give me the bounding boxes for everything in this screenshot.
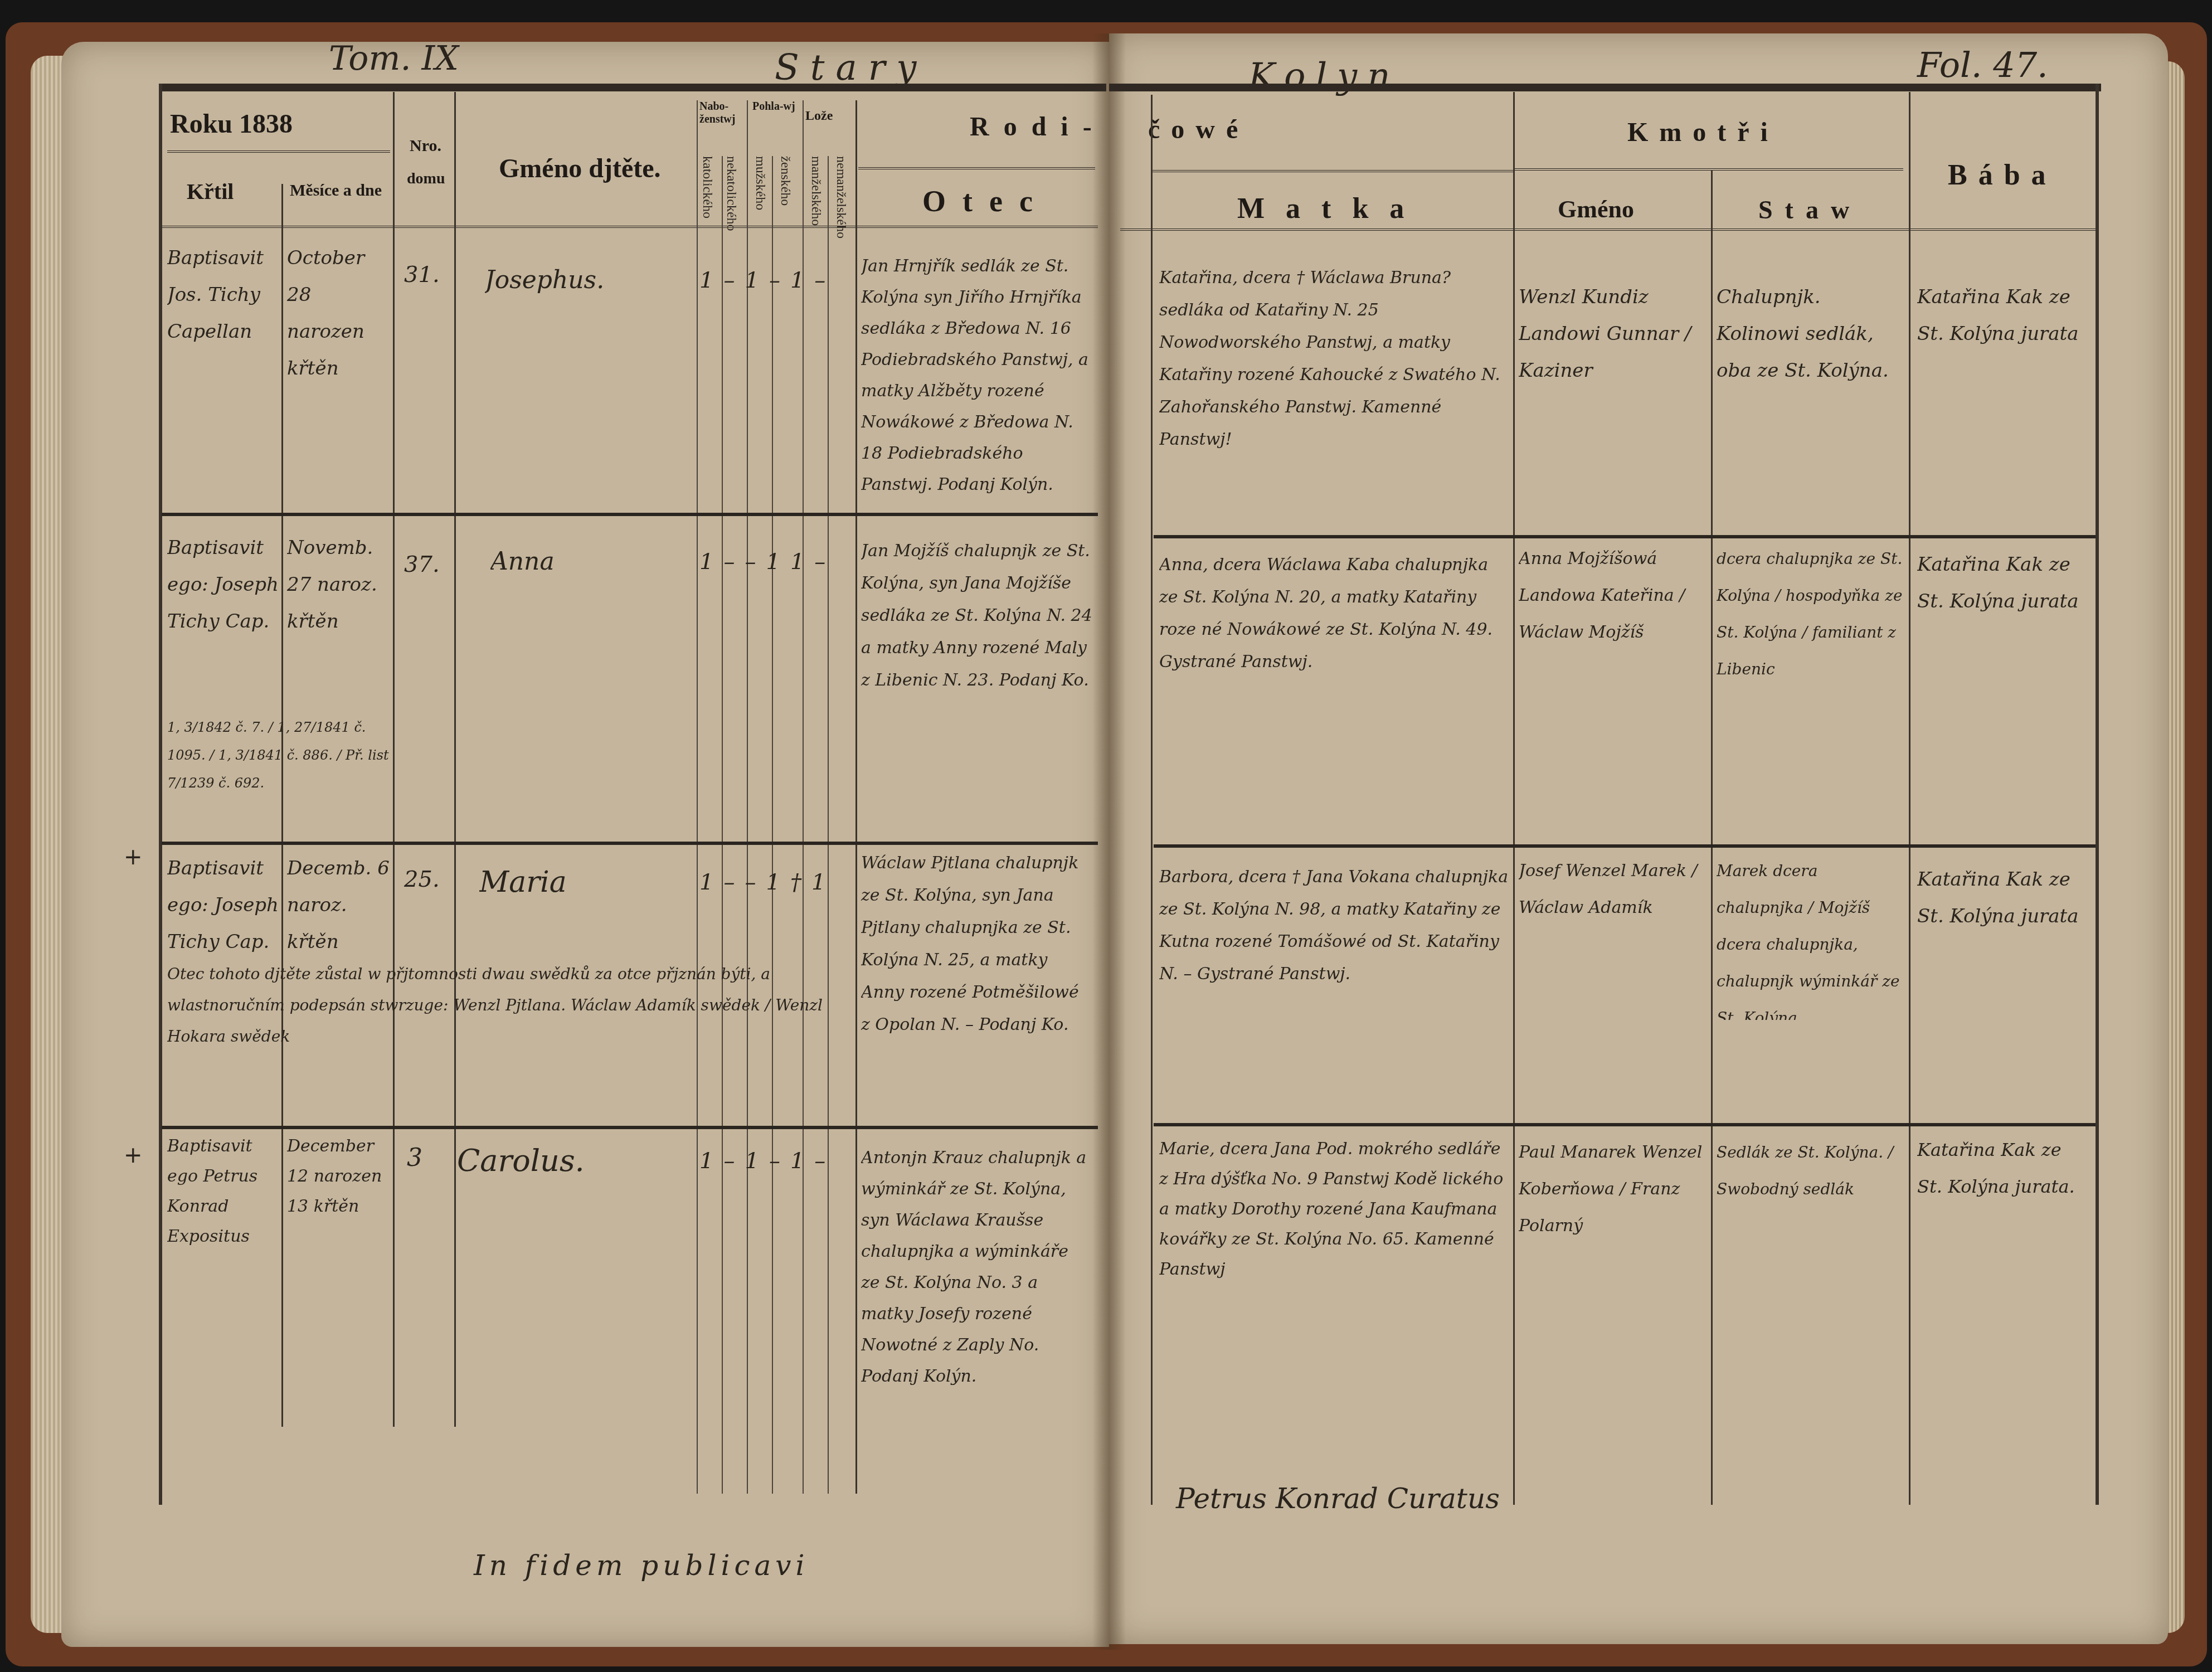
entry-3-marks: 1––1†1 xyxy=(699,864,855,901)
entry-3-gp-name: Josef Wenzel Marek / Wáclaw Adamík xyxy=(1519,853,1708,1020)
sub-male: mužského xyxy=(752,156,767,210)
header-bottom-left xyxy=(162,226,1098,231)
col-line xyxy=(1909,92,1910,1505)
entry-4-midwife: Katařina Kak ze St. Kolýna jurata. xyxy=(1917,1131,2090,1299)
year-label: Roku 1838 xyxy=(170,109,293,139)
col-line xyxy=(803,100,804,1494)
row-divider xyxy=(1154,535,2096,538)
entry-4-gp-status: Sedlák ze St. Kolýna. / Swobodný sedlák xyxy=(1717,1134,1906,1290)
col-header-bed: Lože xyxy=(805,109,833,124)
entry-4-date: December 12 narozen 13 křtěn xyxy=(287,1131,390,1222)
entry-2-marks: 1––11– xyxy=(699,543,855,580)
row-divider xyxy=(162,1126,1098,1129)
sub-catholic: katolického xyxy=(699,156,714,218)
entry-2-gp-status: dcera chalupnjka ze St. Kolýna / hospody… xyxy=(1717,541,1906,708)
sub-legit: manželského xyxy=(808,156,823,226)
entry-4-child: Carolus. xyxy=(457,1143,691,1179)
right-table-border xyxy=(2096,84,2099,1505)
col-header-mother: Matka xyxy=(1237,192,1425,225)
entry-1-midwife: Katařina Kak ze St. Kolýna jurata xyxy=(1917,279,2090,446)
entry-3-father: Wáclaw Pjtlana chalupnjk ze St. Kolýna, … xyxy=(861,847,1092,1120)
col-line xyxy=(1151,95,1153,1505)
entry-2-midwife: Katařina Kak ze St. Kolýna jurata xyxy=(1917,546,2090,713)
parents-subdivider-left xyxy=(858,167,1095,173)
col-header-child-name: Gméno djtěte. xyxy=(499,153,661,184)
col-line xyxy=(697,100,698,1494)
col-line xyxy=(454,92,456,1427)
entry-4-father: Antonjn Krauz chalupnjk a wýminkář ze St… xyxy=(861,1143,1092,1421)
row-divider xyxy=(1154,1123,2096,1126)
col-header-kritil: Křtil xyxy=(187,178,234,205)
entry-1-gp-name: Wenzl Kundiz Landowi Gunnar / Kaziner xyxy=(1519,279,1708,446)
entry-2-house: 37. xyxy=(404,546,449,583)
col-line xyxy=(1711,170,1713,1505)
entry-4-marks: 1–1–1– xyxy=(699,1143,855,1179)
entry-3-baptizer: Baptisavit ego: Joseph Tichy Cap. xyxy=(167,850,279,960)
table-top-border-right xyxy=(1109,84,2101,91)
row-divider xyxy=(162,513,1098,516)
tome-label: Tom. IX xyxy=(329,39,459,78)
entry-1-date: October 28 narozen křtěn xyxy=(287,240,390,387)
entry-3-cross-mark: + xyxy=(124,844,143,870)
footer-publication-note: In fidem publicavi xyxy=(474,1549,809,1582)
header-bottom-right xyxy=(1120,229,2096,234)
sub-noncatholic: nekatolického xyxy=(723,156,738,231)
col-header-godparents: Kmotři xyxy=(1627,117,1779,148)
entry-3-mother: Barbora, dcera † Jana Vokana chalupnjka … xyxy=(1159,861,1510,1117)
year-divider xyxy=(167,150,390,156)
col-header-date: Měsíce a dne xyxy=(290,181,382,200)
parents-subdivider-right xyxy=(1151,170,1513,176)
entry-4-gp-name: Paul Manarek Wenzel Koberňowa / Franz Po… xyxy=(1519,1134,1708,1290)
entry-3-midwife: Katařina Kak ze St. Kolýna jurata xyxy=(1917,861,2090,1028)
entry-3-date: Decemb. 6 naroz. křtěn xyxy=(287,850,390,960)
entry-1-baptizer: Baptisavit Jos. Tichy Capellan xyxy=(167,240,279,350)
folio-number: Fol. 47. xyxy=(1917,45,2048,85)
col-header-parents-2: čowé xyxy=(1148,114,1249,145)
col-header-gp-name: Gméno xyxy=(1558,195,1634,223)
col-line xyxy=(828,156,829,1494)
col-line xyxy=(1513,92,1515,1505)
entry-2-father: Jan Mojžíš chalupnjk ze St. Kolýna, syn … xyxy=(861,535,1092,836)
sub-female: ženského xyxy=(777,156,793,206)
parish-label-left: Stary xyxy=(775,47,927,89)
col-header-religion: Nabo-ženstwj xyxy=(699,100,738,126)
col-header-midwife: Bába xyxy=(1948,159,2057,192)
entry-3-gp-status: Marek dcera chalupnjka / Mojžíš dcera ch… xyxy=(1717,853,1906,1020)
col-line xyxy=(393,92,395,1427)
entry-1-gp-status: Chalupnjk. Kolinowi sedlák, oba ze St. K… xyxy=(1717,279,1906,446)
entry-2-date: Novemb. 27 naroz. křtěn xyxy=(287,529,390,640)
entry-1-mother: Katařina, dcera † Wáclawa Bruna? sedláka… xyxy=(1159,262,1510,529)
col-header-sex: Pohla-wj xyxy=(752,100,797,113)
entry-2-mother: Anna, dcera Wáclawa Kaba chalupnjka ze S… xyxy=(1159,549,1510,839)
entry-1-marks: 1–1–1– xyxy=(699,262,855,299)
entry-4-baptizer: Baptisavit ego Petrus Konrad Expositus xyxy=(167,1131,279,1252)
entry-4-mother: Marie, dcera Jana Pod. mokrého sedláře z… xyxy=(1159,1134,1510,1346)
col-line xyxy=(722,156,723,1494)
entry-3-house: 25. xyxy=(404,861,449,898)
entry-4-cross-mark: + xyxy=(124,1143,143,1168)
col-header-father: Otec xyxy=(922,184,1049,218)
col-header-parents-1: Rodi- xyxy=(970,111,1106,142)
entry-2-margin-note: 1, 3/1842 č. 7. / 1, 27/1841 č. 1095. / … xyxy=(167,713,390,836)
col-header-house-1: Nro. xyxy=(410,137,441,155)
entry-3-note: Otec tohoto djtěte zůstal w přjtomnosti … xyxy=(167,959,853,1104)
entry-4-house: 3 xyxy=(407,1140,451,1177)
entry-1-house: 31. xyxy=(404,256,449,293)
col-line xyxy=(855,100,857,1494)
entry-1-child: Josephus. xyxy=(485,262,691,299)
entry-1-father: Jan Hrnjřík sedlák ze St. Kolýna syn Jiř… xyxy=(861,251,1092,507)
col-header-gp-status: Staw xyxy=(1758,195,1861,225)
table-top-border-left xyxy=(159,84,1106,91)
entry-3-child: Maria xyxy=(479,864,691,901)
row-divider xyxy=(162,842,1098,845)
left-table-border xyxy=(159,84,162,1505)
row-divider xyxy=(1154,844,2096,848)
footer-curate-signature: Petrus Konrad Curatus xyxy=(1176,1483,1500,1515)
entry-2-child: Anna xyxy=(490,543,691,580)
col-line xyxy=(772,156,773,1494)
col-line xyxy=(747,100,748,1494)
col-header-house-2: domu xyxy=(407,170,445,188)
godparents-subdivider xyxy=(1513,168,1903,174)
entry-2-baptizer: Baptisavit ego: Joseph Tichy Cap. xyxy=(167,529,279,640)
entry-2-gp-name: Anna Mojžíšowá Landowa Kateřina / Wáclaw… xyxy=(1519,541,1708,708)
